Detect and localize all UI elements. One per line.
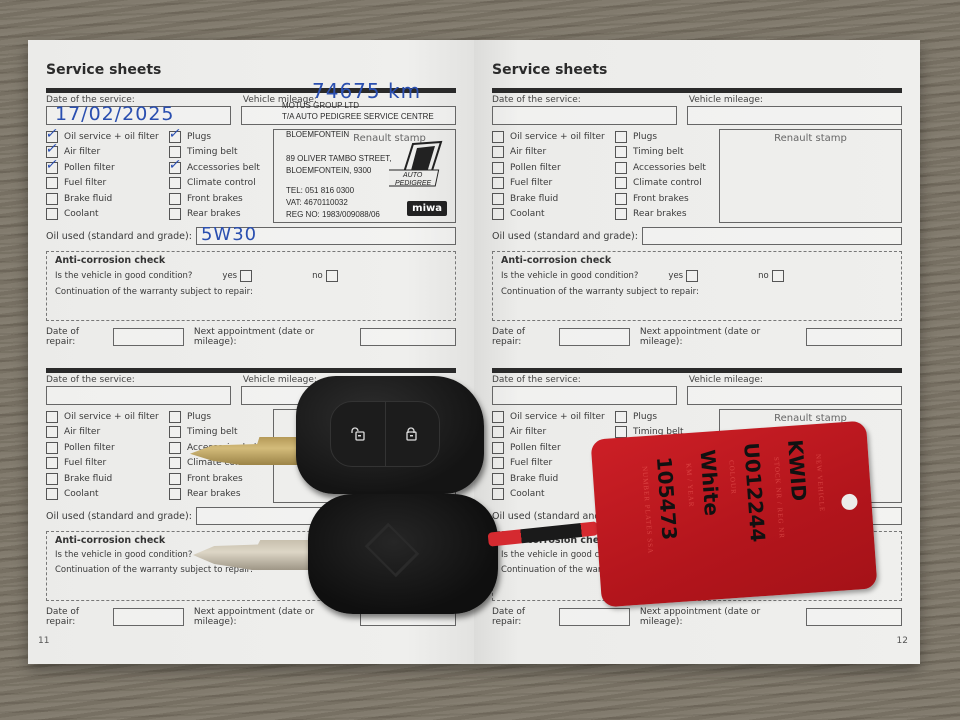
checklist-col-1: Oil service + oil filter Air filter Poll… <box>492 129 615 223</box>
checkbox[interactable] <box>169 442 181 454</box>
page-number: 12 <box>897 636 908 646</box>
checkbox[interactable] <box>492 131 504 143</box>
checklist-col-1: ✓Oil service + oil filter ✓Air filter ✓P… <box>46 129 169 223</box>
repair-date-label: Date of repair: <box>492 327 556 347</box>
check-plugs[interactable]: Plugs <box>615 129 713 145</box>
no-option[interactable]: no <box>312 270 338 282</box>
repair-date-field[interactable] <box>113 608 184 626</box>
checkbox[interactable] <box>46 488 58 500</box>
checkbox[interactable] <box>492 473 504 485</box>
miwa-badge: miwa <box>407 201 447 216</box>
date-label: Date of the service: <box>46 375 243 385</box>
checkbox[interactable] <box>46 426 58 438</box>
svg-text:PEDIGREE: PEDIGREE <box>395 180 432 187</box>
check-air-filter[interactable]: Air filter <box>46 425 169 441</box>
next-appointment-field[interactable] <box>806 608 902 626</box>
check-timing-belt[interactable]: Timing belt <box>169 145 267 161</box>
repair-date-label: Date of repair: <box>46 327 110 347</box>
auto-pedigree-logo-icon: AUTO PEDIGREE <box>389 140 449 194</box>
checkbox[interactable] <box>46 177 58 189</box>
checkbox[interactable] <box>169 457 181 469</box>
date-field[interactable] <box>492 106 677 125</box>
checkbox[interactable] <box>46 473 58 485</box>
section-rule <box>46 368 456 373</box>
check-brake-fluid[interactable]: Brake fluid <box>492 191 615 207</box>
anti-corrosion-title: Anti-corrosion check <box>55 255 447 266</box>
checkbox[interactable]: ✓ <box>169 131 181 143</box>
section-rule <box>492 368 902 373</box>
check-rear-brakes[interactable]: Rear brakes <box>615 207 713 223</box>
repair-date-label: Date of repair: <box>492 607 556 627</box>
stamp-line-1: MOTUS GROUP LTD <box>282 101 359 110</box>
checkbox[interactable] <box>169 208 181 220</box>
check-air-filter[interactable]: Air filter <box>492 145 615 161</box>
check-front-brakes[interactable]: Front brakes <box>169 191 267 207</box>
checkbox[interactable] <box>492 146 504 158</box>
no-option[interactable]: no <box>758 270 784 282</box>
title-rule <box>492 88 902 93</box>
oil-field[interactable] <box>642 227 902 245</box>
repair-date-field[interactable] <box>559 328 630 346</box>
condition-question: Is the vehicle in good condition? <box>55 550 192 560</box>
tag-stock-number: U012244 <box>739 442 770 543</box>
page-number: 11 <box>38 636 49 646</box>
stamp-label: Renault stamp <box>774 133 847 144</box>
check-plugs[interactable]: Plugs <box>169 409 267 425</box>
mileage-field[interactable] <box>687 106 902 125</box>
checkbox[interactable] <box>46 208 58 220</box>
checkbox[interactable] <box>615 193 627 205</box>
check-rear-brakes[interactable]: Rear brakes <box>169 487 267 503</box>
oil-label: Oil used (standard and grade): <box>46 231 192 242</box>
checkbox[interactable] <box>615 146 627 158</box>
stamp-address-2: BLOEMFONTEIN, 9300 <box>286 166 371 175</box>
checklist-col-2: Plugs Timing belt Accessories belt Clima… <box>615 129 713 223</box>
check-mark-icon: ✓ <box>44 141 59 157</box>
checkbox[interactable] <box>615 411 627 423</box>
anti-corrosion-title: Anti-corrosion check <box>501 255 893 266</box>
check-oil-service[interactable]: Oil service + oil filter <box>492 129 615 145</box>
check-accessories-belt[interactable]: Accessories belt <box>615 160 713 176</box>
check-pollen-filter[interactable]: ✓Pollen filter <box>46 160 169 176</box>
check-mark-icon: ✓ <box>44 157 59 173</box>
check-brake-fluid[interactable]: Brake fluid <box>46 191 169 207</box>
date-field[interactable] <box>492 386 677 405</box>
checkbox[interactable] <box>615 177 627 189</box>
tag-embossed-2: STOCK NR / REG NR <box>772 457 786 540</box>
stamp-line-2: T/A AUTO PEDIGREE SERVICE CENTRE <box>282 112 434 121</box>
oil-field[interactable]: 5W30 <box>196 227 456 245</box>
tag-hole <box>841 493 858 510</box>
checkbox[interactable] <box>169 488 181 500</box>
repair-date-field[interactable] <box>559 608 630 626</box>
check-coolant[interactable]: Coolant <box>46 487 169 503</box>
check-mark-icon: ✓ <box>44 126 59 142</box>
checkbox[interactable] <box>169 177 181 189</box>
checkbox[interactable] <box>492 208 504 220</box>
check-plugs[interactable]: Plugs <box>615 409 713 425</box>
tag-embossed-1: NEW VEHICLE <box>814 454 826 513</box>
checkbox[interactable] <box>492 162 504 174</box>
warranty-label: Continuation of the warranty subject to … <box>55 287 447 297</box>
checklist-col-2: ✓Plugs Timing belt ✓Accessories belt Cli… <box>169 129 267 223</box>
vehicle-stock-tag: NEW VEHICLE STOCK NR / REG NR COLOUR KM … <box>590 421 877 608</box>
date-field[interactable] <box>46 386 231 405</box>
check-fuel-filter[interactable]: Fuel filter <box>46 456 169 472</box>
mileage-field[interactable]: 74675 km MOTUS GROUP LTD T/A AUTO PEDIGR… <box>241 106 456 125</box>
check-accessories-belt[interactable]: ✓Accessories belt <box>169 160 267 176</box>
anti-corrosion-section: Anti-corrosion check Is the vehicle in g… <box>492 251 902 321</box>
check-pollen-filter[interactable]: Pollen filter <box>492 160 615 176</box>
next-appointment-label: Next appointment (date or mileage): <box>194 327 357 347</box>
remote-button-pad <box>330 401 440 467</box>
check-air-filter[interactable]: ✓Air filter <box>46 145 169 161</box>
checkbox[interactable] <box>169 426 181 438</box>
handwritten-oil: 5W30 <box>201 224 257 245</box>
check-climate-control[interactable]: Climate control <box>169 176 267 192</box>
stamp-tel: TEL: 051 816 0300 <box>286 186 354 195</box>
date-label: Date of the service: <box>492 375 689 385</box>
renault-diamond-icon <box>365 523 419 577</box>
key-fob-remote <box>296 376 484 494</box>
next-appointment-field[interactable] <box>360 328 456 346</box>
check-fuel-filter[interactable]: Fuel filter <box>492 176 615 192</box>
next-appointment-label: Next appointment (date or mileage): <box>194 607 357 627</box>
warranty-label: Continuation of the warranty subject to … <box>501 287 893 297</box>
checkbox[interactable] <box>169 411 181 423</box>
check-timing-belt[interactable]: Timing belt <box>169 425 267 441</box>
checkbox[interactable]: ✓ <box>46 162 58 174</box>
checkbox[interactable] <box>492 193 504 205</box>
check-front-brakes[interactable]: Front brakes <box>169 471 267 487</box>
check-rear-brakes[interactable]: Rear brakes <box>169 207 267 223</box>
check-climate-control[interactable]: Climate control <box>615 176 713 192</box>
checkbox[interactable] <box>492 177 504 189</box>
tag-model: KWID <box>783 439 811 502</box>
yes-option[interactable]: yes <box>222 270 252 282</box>
checkbox[interactable] <box>46 457 58 469</box>
condition-question: Is the vehicle in good condition? <box>501 271 638 281</box>
no-checkbox[interactable] <box>772 270 784 282</box>
checkbox[interactable] <box>46 193 58 205</box>
key-fob-renault <box>308 494 498 614</box>
oil-label: Oil used (standard and grade): <box>492 231 638 242</box>
checkbox[interactable] <box>169 193 181 205</box>
next-appointment-field[interactable] <box>806 328 902 346</box>
mileage-label: Vehicle mileage: <box>689 95 902 105</box>
checkbox[interactable] <box>169 473 181 485</box>
svg-text:AUTO: AUTO <box>402 172 423 179</box>
anti-corrosion-section: Anti-corrosion check Is the vehicle in g… <box>46 251 456 321</box>
checkbox[interactable] <box>46 411 58 423</box>
check-mark-icon: ✓ <box>167 126 182 142</box>
checkbox[interactable] <box>615 131 627 143</box>
service-sheet-1: Date of the service: Vehicle mileage: 17… <box>46 95 456 365</box>
check-brake-fluid[interactable]: Brake fluid <box>46 471 169 487</box>
checkbox[interactable] <box>492 411 504 423</box>
checkbox[interactable] <box>492 426 504 438</box>
checkbox[interactable] <box>492 488 504 500</box>
stamp-line-3: BLOEMFONTEIN <box>286 130 349 139</box>
date-field[interactable]: 17/02/2025 <box>46 106 231 125</box>
check-coolant[interactable]: Coolant <box>46 207 169 223</box>
mileage-label: Vehicle mileage: <box>689 375 902 385</box>
checkbox[interactable] <box>615 208 627 220</box>
stamp-address-1: 89 OLIVER TAMBO STREET, <box>286 154 392 163</box>
next-appointment-label: Next appointment (date or mileage): <box>640 327 803 347</box>
checkbox[interactable]: ✓ <box>169 162 181 174</box>
check-oil-service[interactable]: ✓Oil service + oil filter <box>46 129 169 145</box>
check-oil-service[interactable]: Oil service + oil filter <box>492 409 615 425</box>
yes-checkbox[interactable] <box>686 270 698 282</box>
date-label: Date of the service: <box>492 95 689 105</box>
mileage-field[interactable] <box>687 386 902 405</box>
check-coolant[interactable]: Coolant <box>492 207 615 223</box>
next-appointment-label: Next appointment (date or mileage): <box>640 607 803 627</box>
checkbox[interactable] <box>492 442 504 454</box>
checkbox[interactable] <box>46 442 58 454</box>
handwritten-date: 17/02/2025 <box>55 103 175 125</box>
repair-date-field[interactable] <box>113 328 184 346</box>
service-sheet-3: Date of the service: Vehicle mileage: Oi… <box>492 95 902 365</box>
checkbox[interactable] <box>615 162 627 174</box>
handwritten-mileage: 74675 km <box>312 79 421 103</box>
check-air-filter[interactable]: Air filter <box>492 425 615 441</box>
check-pollen-filter[interactable]: Pollen filter <box>46 440 169 456</box>
checklist-col-1: Oil service + oil filter Air filter Poll… <box>46 409 169 503</box>
tag-km: 105473 <box>652 456 682 541</box>
renault-stamp-box: Renault stamp <box>719 129 902 223</box>
check-mark-icon: ✓ <box>167 157 182 173</box>
checkbox[interactable] <box>492 457 504 469</box>
check-plugs[interactable]: ✓Plugs <box>169 129 267 145</box>
unlock-icon[interactable] <box>331 402 386 466</box>
yes-option[interactable]: yes <box>668 270 698 282</box>
check-oil-service[interactable]: Oil service + oil filter <box>46 409 169 425</box>
renault-stamp-box: Renault stamp BLOEMFONTEIN 89 OLIVER TAM… <box>273 129 456 223</box>
stamp-vat: VAT: 4670110032 <box>286 198 348 207</box>
condition-question: Is the vehicle in good condition? <box>55 271 192 281</box>
oil-label: Oil used (standard and grade): <box>46 511 192 522</box>
stamp-reg: REG NO: 1983/009088/06 <box>286 210 380 219</box>
tag-colour: White <box>695 449 724 517</box>
no-checkbox[interactable] <box>326 270 338 282</box>
lock-icon[interactable] <box>386 402 440 466</box>
check-fuel-filter[interactable]: Fuel filter <box>46 176 169 192</box>
tag-embossed-4: KM / YEAR <box>684 463 695 508</box>
check-timing-belt[interactable]: Timing belt <box>615 145 713 161</box>
page-title: Service sheets <box>492 62 902 82</box>
tag-embossed-3: COLOUR <box>727 460 737 495</box>
check-front-brakes[interactable]: Front brakes <box>615 191 713 207</box>
repair-date-label: Date of repair: <box>46 607 110 627</box>
yes-checkbox[interactable] <box>240 270 252 282</box>
